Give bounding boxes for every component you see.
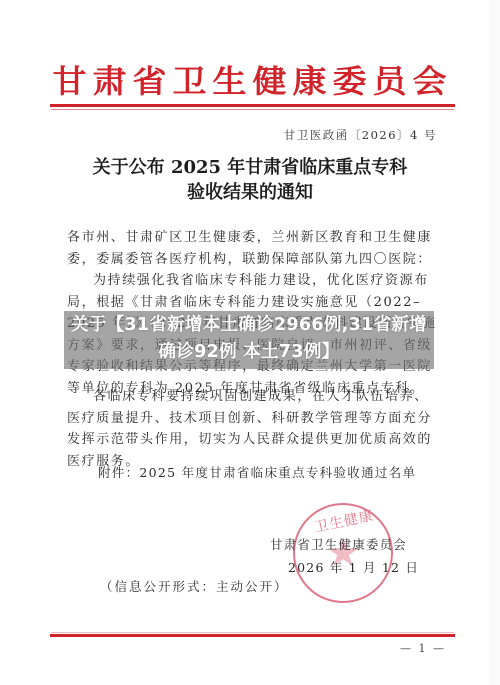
footer-red-rule (50, 634, 455, 637)
document-title: 关于公布 2025 年甘肃省临床重点专科 验收结果的通知 (50, 155, 450, 205)
paragraph-second: 各临床专科要持续巩固创建成果，在人才队伍培养、医疗质量提升、技术项目创新、科研教… (67, 386, 439, 472)
page-number: — 1 — (400, 642, 446, 655)
header-red-rule (50, 104, 455, 107)
attachment-line: 附件：2025 年度甘肃省临床重点专科验收通过名单 (98, 463, 416, 481)
overlay-title[interactable]: 关于【31省新增本土确诊2966例,31省新增确诊92例 本土73例】 (64, 312, 434, 366)
title-line-2: 验收结果的通知 (50, 180, 450, 205)
official-seal: 卫生健康 ★ (293, 503, 393, 603)
page-edge (490, 0, 500, 685)
signer: 甘肃省卫生健康委员会 (270, 535, 407, 553)
document-number: 甘卫医政函〔2026〕4 号 (284, 127, 437, 143)
disclosure-note: （信息公开形式：主动公开） (100, 577, 289, 595)
sign-date: 2026 年 1 月 12 日 (288, 558, 419, 576)
title-line-1: 关于公布 2025 年甘肃省临床重点专科 (50, 155, 450, 180)
org-header: 甘肃省卫生健康委员会 (50, 64, 455, 101)
addressee: 各市州、甘肃矿区卫生健康委，兰州新区教育和卫生健康委，委属委管各医疗机构，联勤保… (67, 227, 439, 270)
